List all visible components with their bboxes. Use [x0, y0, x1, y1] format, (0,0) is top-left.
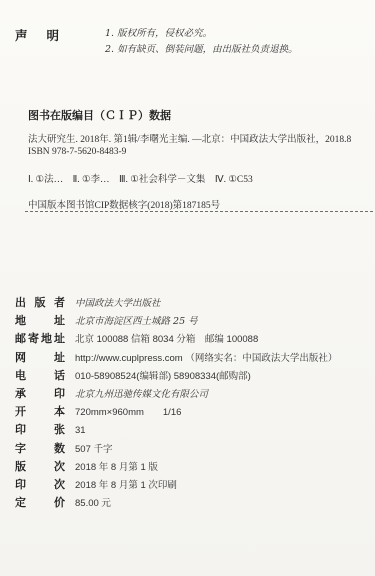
row-label-sheets: 印张 — [15, 421, 65, 437]
table-row: 地址 北京市海淀区西土城路 25 号 — [15, 312, 370, 330]
cip-title-line: 法大研究生. 2018年. 第1辑/李曙光主编. —北京：中国政法大学出版社，2… — [28, 131, 351, 145]
row-value-website: http://www.cuplpress.com （网络实名：中国政法大学出版社… — [75, 350, 337, 364]
table-row: 电话 010-58908524(编辑部) 58908334(邮购部) — [15, 367, 370, 385]
declaration-block: 声明 1. 版权所有，侵权必究。 2. 如有缺页、倒装问题，由出版社负责退换。 — [15, 26, 298, 58]
row-label-website: 网址 — [15, 349, 65, 365]
table-row: 印张 31 — [15, 421, 370, 439]
table-row: 承印 北京九州迅驰传媒文化有限公司 — [15, 385, 370, 403]
row-label-telephone: 电话 — [15, 367, 65, 383]
row-value-mailing-address: 北京 100088 信箱 8034 分箱 邮编 100088 — [75, 331, 258, 345]
dashed-divider — [25, 211, 373, 212]
copyright-page: 声明 1. 版权所有，侵权必究。 2. 如有缺页、倒装问题，由出版社负责退换。 … — [0, 0, 375, 576]
row-label-printer: 承印 — [15, 385, 65, 401]
cip-classification-line: Ⅰ. ①法… Ⅱ. ①李… Ⅲ. ①社会科学－文集 Ⅳ. ①C53 — [28, 171, 253, 185]
declaration-item: 2. 如有缺页、倒装问题，由出版社负责退换。 — [105, 42, 298, 58]
row-value-publisher: 中国政法大学出版社 — [75, 295, 161, 309]
row-value-edition: 2018 年 8 月第 1 版 — [75, 459, 158, 473]
row-value-printer: 北京九州迅驰传媒文化有限公司 — [75, 386, 208, 400]
row-value-telephone: 010-58908524(编辑部) 58908334(邮购部) — [75, 368, 251, 382]
table-row: 邮寄地址 北京 100088 信箱 8034 分箱 邮编 100088 — [15, 330, 370, 348]
row-label-mailing-address: 邮寄地址 — [15, 330, 65, 346]
row-label-printing: 印次 — [15, 476, 65, 492]
row-value-sheets: 31 — [75, 425, 86, 436]
cip-record-number-line: 中国版本图书馆CIP数据核字(2018)第187185号 — [28, 197, 220, 211]
table-row: 版次 2018 年 8 月第 1 版 — [15, 458, 370, 476]
cip-heading: 图书在版编目（ＣＩＰ）数据 — [28, 107, 171, 123]
table-row: 网址 http://www.cuplpress.com （网络实名：中国政法大学… — [15, 349, 370, 367]
table-row: 开本 720mm×960mm 1/16 — [15, 403, 370, 421]
table-row: 印次 2018 年 8 月第 1 次印刷 — [15, 476, 370, 494]
table-row: 定价 85.00 元 — [15, 494, 370, 512]
cip-isbn-line: ISBN 978-7-5620-8483-9 — [28, 147, 126, 157]
row-label-format: 开本 — [15, 403, 65, 419]
table-row: 字数 507 千字 — [15, 440, 370, 458]
declaration-items: 1. 版权所有，侵权必究。 2. 如有缺页、倒装问题，由出版社负责退换。 — [105, 26, 298, 58]
declaration-label: 声明 — [15, 26, 59, 44]
row-label-edition: 版次 — [15, 458, 65, 474]
row-label-publisher: 出版者 — [15, 294, 65, 310]
row-value-format: 720mm×960mm 1/16 — [75, 404, 181, 418]
row-value-word-count: 507 千字 — [75, 441, 113, 455]
row-label-address: 地址 — [15, 312, 65, 328]
table-row: 出版者 中国政法大学出版社 — [15, 294, 370, 312]
publication-info-table: 出版者 中国政法大学出版社 地址 北京市海淀区西土城路 25 号 邮寄地址 北京… — [15, 294, 370, 512]
row-label-price: 定价 — [15, 494, 65, 510]
row-value-printing: 2018 年 8 月第 1 次印刷 — [75, 477, 177, 491]
row-value-address: 北京市海淀区西土城路 25 号 — [75, 313, 198, 327]
declaration-item: 1. 版权所有，侵权必究。 — [105, 26, 298, 42]
row-value-price: 85.00 元 — [75, 495, 111, 509]
row-label-word-count: 字数 — [15, 440, 65, 456]
